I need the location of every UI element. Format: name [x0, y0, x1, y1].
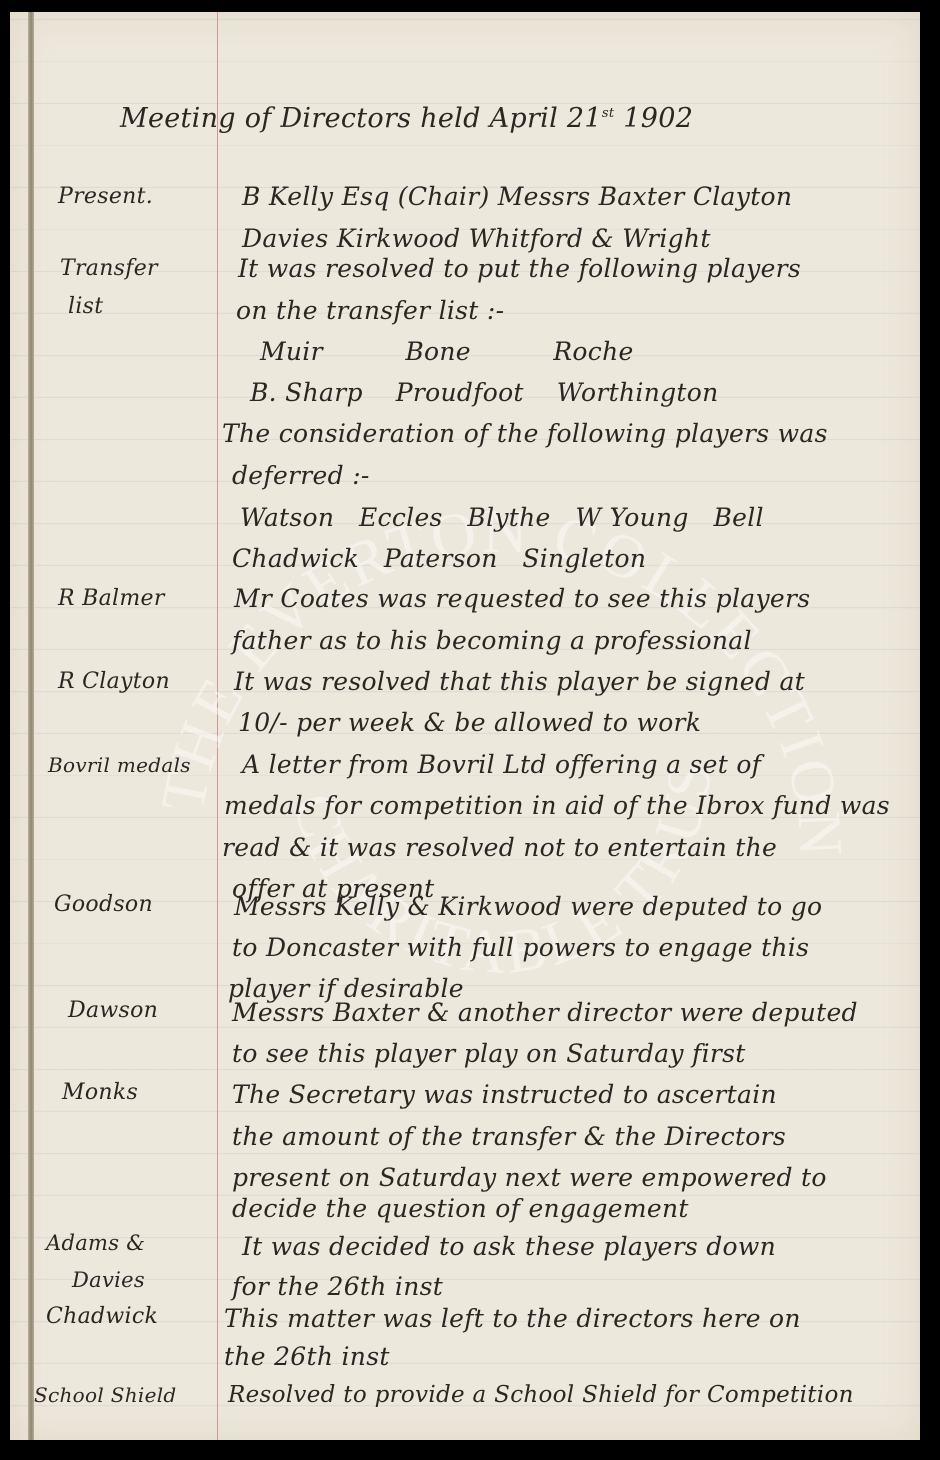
- player-list-row: B. Sharp Proudfoot Worthington: [250, 378, 719, 408]
- minute-line: Mr Coates was requested to see this play…: [234, 584, 810, 614]
- minute-line: on the transfer list :-: [236, 296, 504, 326]
- minute-line: present on Saturday next were empowered …: [232, 1163, 827, 1193]
- minute-line: Messrs Kelly & Kirkwood were deputed to …: [234, 892, 822, 922]
- player-list-row: Muir Bone Roche: [260, 337, 634, 367]
- margin-label-list: list: [68, 292, 103, 322]
- player-list-row: Chadwick Paterson Singleton: [232, 544, 646, 574]
- minute-line: A letter from Bovril Ltd offering a set …: [242, 750, 761, 780]
- minute-line: B Kelly Esq (Chair) Messrs Baxter Clayto…: [242, 182, 792, 212]
- margin-label-r-clayton: R Clayton: [58, 667, 170, 697]
- minute-line: to Doncaster with full powers to engage …: [232, 933, 809, 963]
- margin-label-school-shield: School Shield: [34, 1380, 177, 1410]
- minute-line: The Secretary was instructed to ascertai…: [232, 1080, 777, 1110]
- margin-label-monks: Monks: [62, 1078, 138, 1108]
- player-list-row: Watson Eccles Blythe W Young Bell: [240, 503, 764, 533]
- minute-line: 10/- per week & be allowed to work: [238, 708, 701, 738]
- minute-line: to see this player play on Saturday firs…: [232, 1039, 746, 1069]
- binding-edge: [28, 12, 34, 1440]
- margin-label-transfer: Transfer: [60, 254, 158, 284]
- minute-line: This matter was left to the directors he…: [224, 1304, 801, 1334]
- minute-line: Messrs Baxter & another director were de…: [232, 998, 858, 1028]
- minute-line: It was decided to ask these players down: [242, 1232, 776, 1262]
- margin-label-r-balmer: R Balmer: [58, 584, 165, 614]
- minute-line: medals for competition in aid of the Ibr…: [224, 791, 890, 821]
- page-title: Meeting of Directors held April 21st 190…: [120, 104, 693, 134]
- margin-rule: [217, 12, 218, 1440]
- minute-line: It was resolved that this player be sign…: [234, 667, 805, 697]
- minute-line: read & it was resolved not to entertain …: [222, 833, 777, 863]
- minute-line: the 26th inst: [224, 1342, 390, 1372]
- margin-label-goodson: Goodson: [54, 890, 153, 920]
- minute-line: The consideration of the following playe…: [222, 419, 828, 449]
- minute-line: It was resolved to put the following pla…: [238, 254, 801, 284]
- margin-label-present: Present.: [58, 182, 153, 212]
- margin-label-adams: Adams &: [46, 1228, 145, 1258]
- margin-label-bovril-medals: Bovril medals: [48, 750, 191, 780]
- minute-line: for the 26th inst: [232, 1272, 443, 1302]
- margin-label-dawson: Dawson: [68, 996, 158, 1026]
- minute-line: deferred :-: [232, 461, 370, 491]
- minute-line: decide the question of engagement: [232, 1194, 689, 1224]
- ledger-page: THE EVERTON COLLECTION CHARITABLE TRUST …: [10, 12, 920, 1440]
- minute-line: the amount of the transfer & the Directo…: [232, 1122, 786, 1152]
- minute-line: father as to his becoming a professional: [232, 626, 752, 656]
- minute-line: Davies Kirkwood Whitford & Wright: [242, 224, 711, 254]
- margin-label-davies: Davies: [72, 1265, 145, 1295]
- margin-label-chadwick: Chadwick: [46, 1302, 158, 1332]
- minute-line: Resolved to provide a School Shield for …: [228, 1380, 854, 1410]
